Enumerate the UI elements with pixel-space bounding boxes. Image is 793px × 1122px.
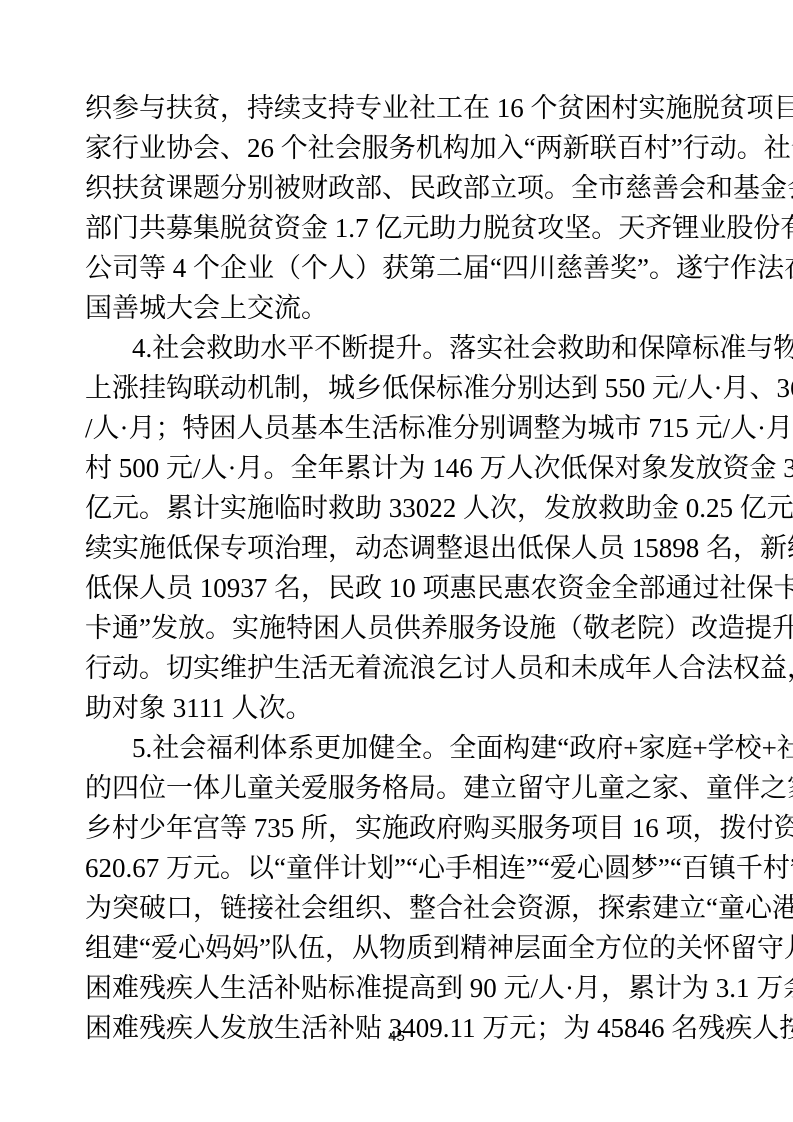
document-page: 织参与扶贫，持续支持专业社工在 16 个贫困村实施脱贫项目，35 家行业协会、2… [0, 0, 793, 1122]
page-number: 45 [0, 1028, 793, 1045]
text-line: 部门共募集脱贫资金 1.7 亿元助力脱贫攻坚。天齐锂业股份有限 [85, 208, 710, 248]
text-line: 低保人员 10937 名，民政 10 项惠民惠农资金全部通过社保卡“一 [85, 568, 710, 608]
text-line: 亿元。累计实施临时救助 33022 人次，发放救助金 0.25 亿元。持 [85, 488, 710, 528]
text-line: 卡通”发放。实施特困人员供养服务设施（敬老院）改造提升三年 [85, 608, 710, 648]
text-line: 家行业协会、26 个社会服务机构加入“两新联百村”行动。社会组 [85, 128, 710, 168]
text-line: 助对象 3111 人次。 [85, 688, 710, 728]
text-body: 织参与扶贫，持续支持专业社工在 16 个贫困村实施脱贫项目，35 家行业协会、2… [85, 88, 710, 1048]
text-line: 行动。切实维护生活无着流浪乞讨人员和未成年人合法权益，救 [85, 648, 710, 688]
text-line: 组建“爱心妈妈”队伍，从物质到精神层面全方位的关怀留守儿童。 [85, 928, 710, 968]
text-line: /人·月；特困人员基本生活标准分别调整为城市 715 元/人·月，农 [85, 408, 710, 448]
text-line: 620.67 万元。以“童伴计划”“心手相连”“爱心圆梦”“百镇千村”项目 [85, 848, 710, 888]
text-line: 上涨挂钩联动机制，城乡低保标准分别达到 550 元/人·月、360 元 [85, 368, 710, 408]
text-line: 村 500 元/人·月。全年累计为 146 万人次低保对象发放资金 3.25 [85, 448, 710, 488]
text-line: 乡村少年宫等 735 所，实施政府购买服务项目 16 项，拨付资金 [85, 808, 710, 848]
text-line: 国善城大会上交流。 [85, 288, 710, 328]
text-line: 公司等 4 个企业（个人）获第二届“四川慈善奖”。遂宁作法在中 [85, 248, 710, 288]
text-line: 织参与扶贫，持续支持专业社工在 16 个贫困村实施脱贫项目，35 [85, 88, 710, 128]
text-line-paragraph-4-start: 4.社会救助水平不断提升。落实社会救助和保障标准与物价 [85, 328, 710, 368]
text-line: 续实施低保专项治理，动态调整退出低保人员 15898 名，新纳入 [85, 528, 710, 568]
text-line: 织扶贫课题分别被财政部、民政部立项。全市慈善会和基金会等 [85, 168, 710, 208]
text-line: 困难残疾人生活补贴标准提高到 90 元/人·月，累计为 3.1 万余名 [85, 968, 710, 1008]
text-line: 的四位一体儿童关爱服务格局。建立留守儿童之家、童伴之家、 [85, 768, 710, 808]
text-line-paragraph-5-start: 5.社会福利体系更加健全。全面构建“政府+家庭+学校+社会” [85, 728, 710, 768]
text-line: 为突破口，链接社会组织、整合社会资源，探索建立“童心港湾”、 [85, 888, 710, 928]
